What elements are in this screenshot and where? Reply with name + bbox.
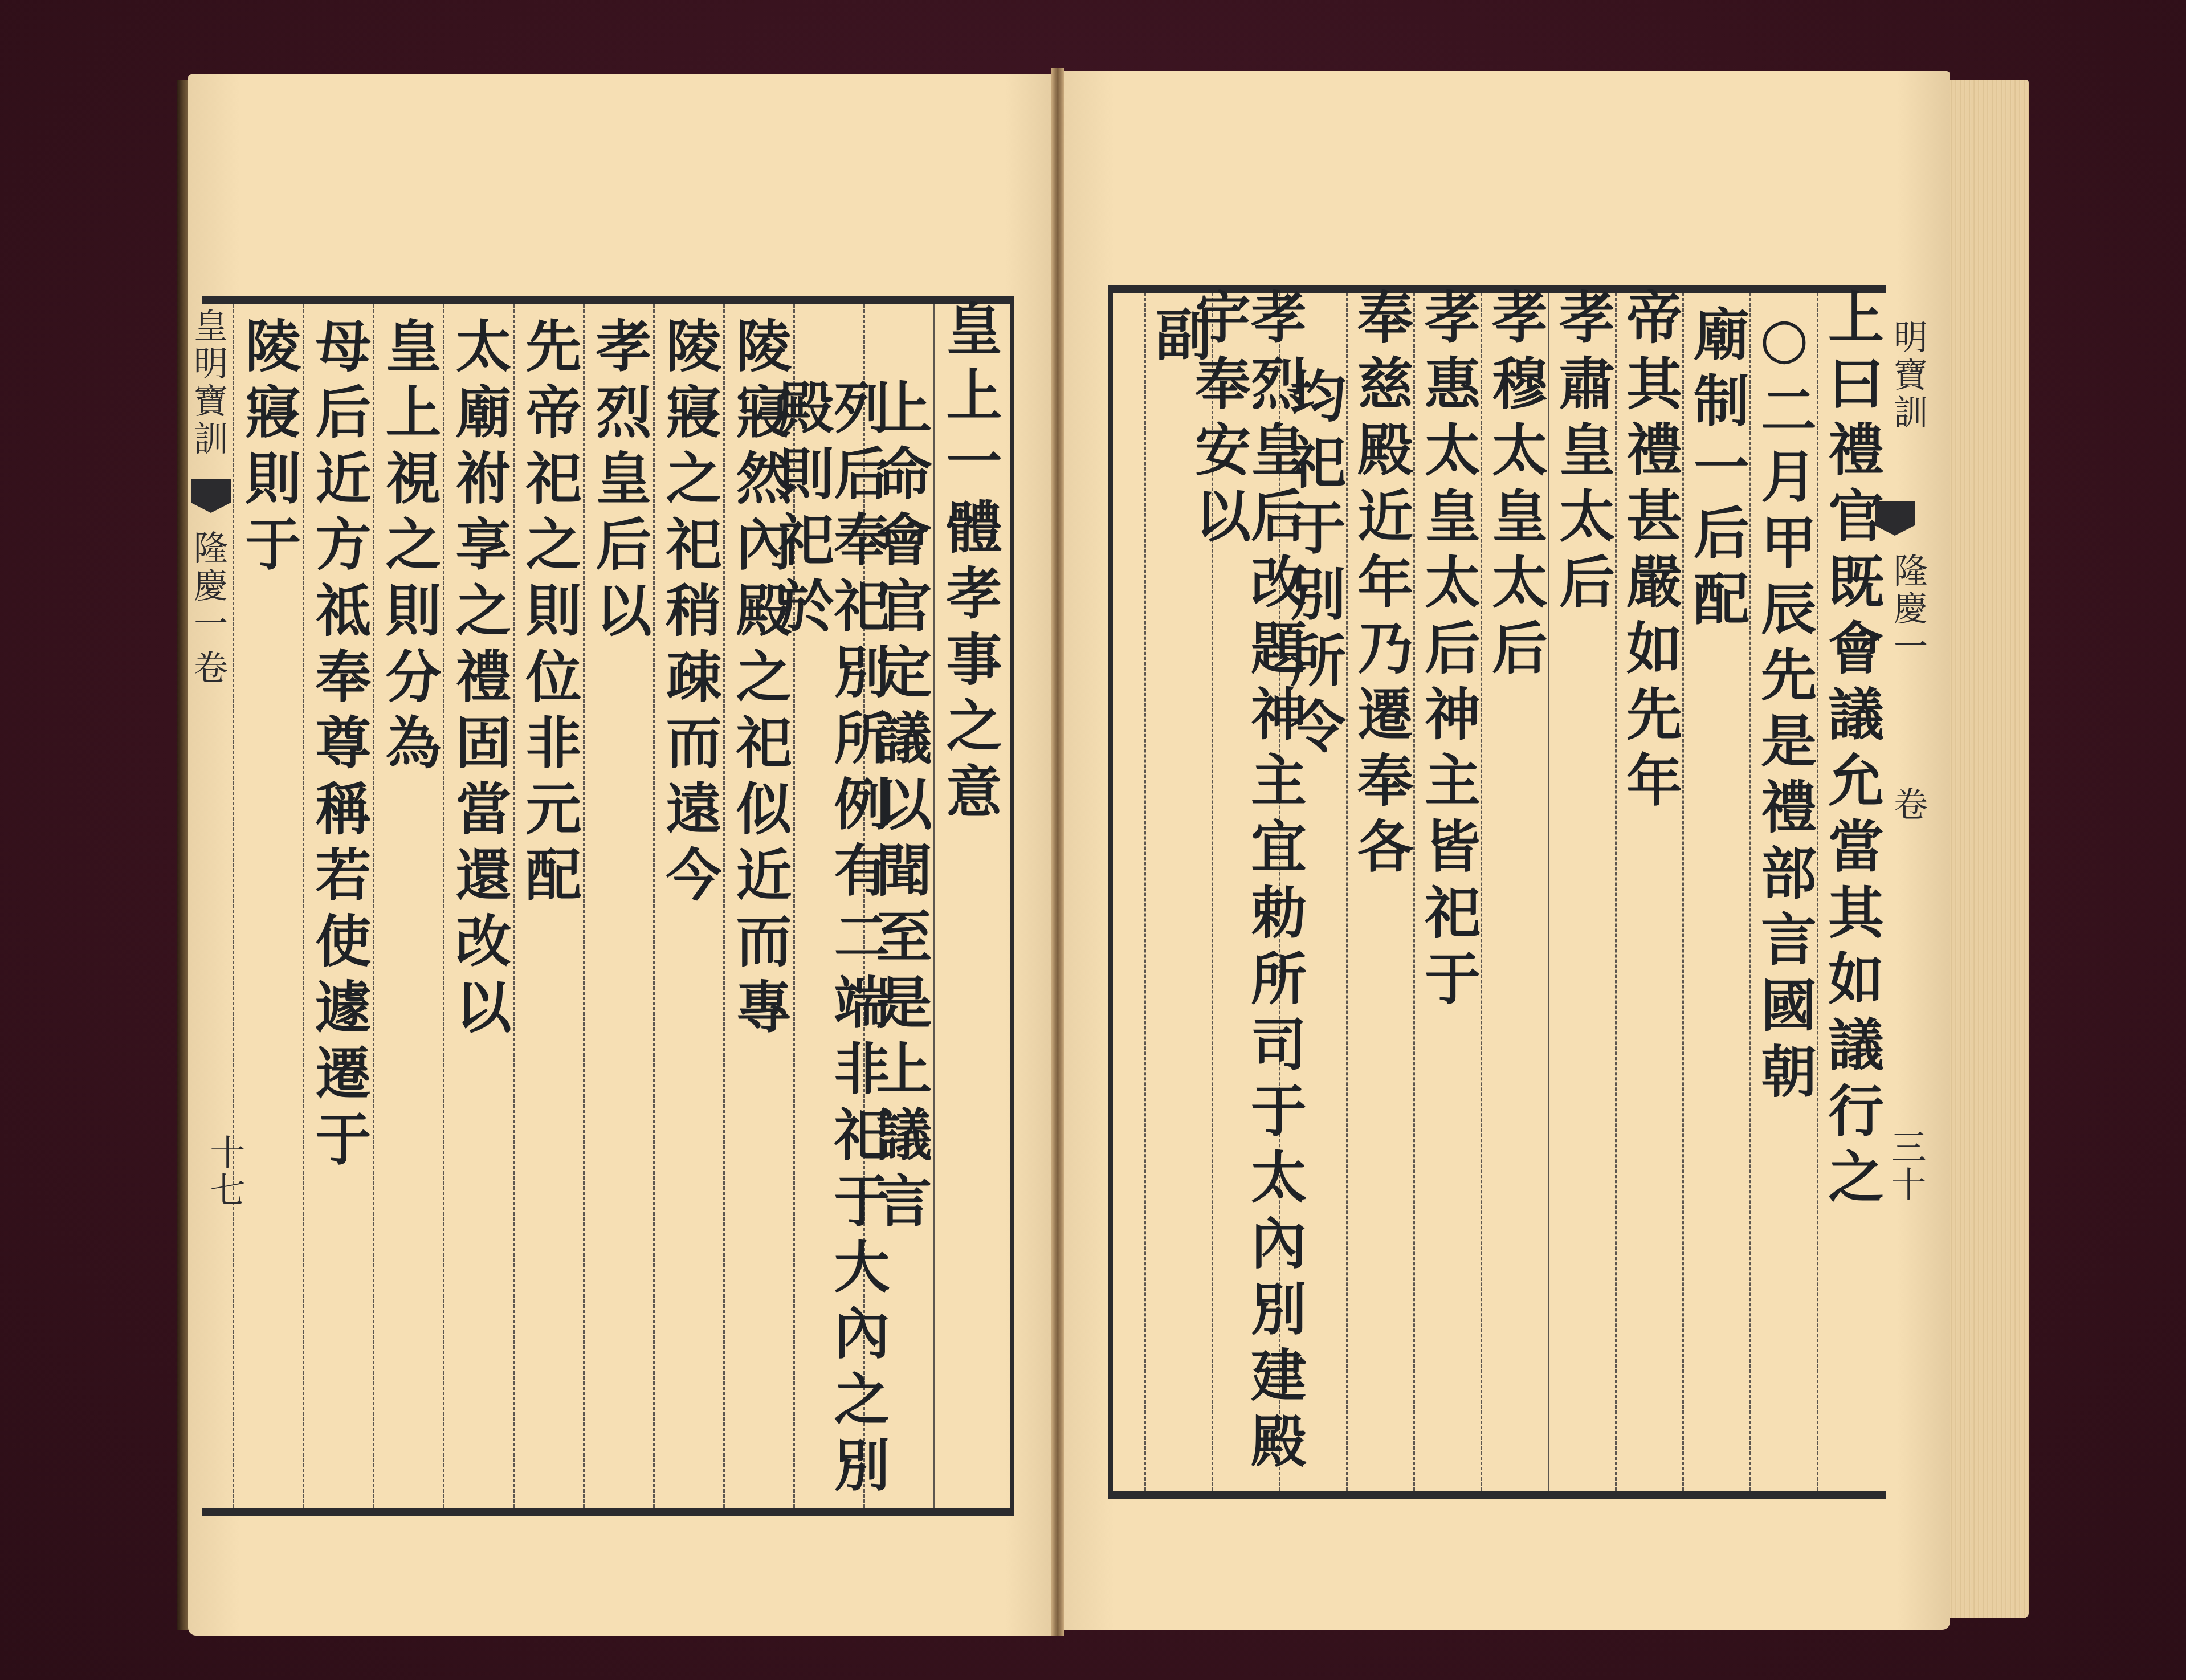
column-text: 孝惠太皇太后神主皆祀于 xyxy=(1420,288,1476,1491)
left-col-6: 孝烈皇后以 xyxy=(583,304,653,1508)
right-juan-label: 卷 xyxy=(1891,786,1925,824)
column-text: 廟制一后配 xyxy=(1689,293,1745,1491)
book-gutter xyxy=(1051,68,1064,1636)
column-text: 帝其禮甚嚴如先年 xyxy=(1622,288,1678,1491)
right-col-10: 孝烈皇后改題神主宜勅所司于太內別建殿宇奉安以 xyxy=(1212,293,1279,1491)
right-text-frame: 上曰禮官既會議允當其如議行之 ○二月甲辰先是禮部言國朝 廟制一后配 帝其禮甚嚴如… xyxy=(1108,285,1886,1499)
left-col-1: 皇上一體孝事之意 xyxy=(933,304,1004,1508)
left-col-10: 母后近方祗奉尊稱若使遽遷于 xyxy=(303,304,373,1508)
column-text: ○二月甲辰先是禮部言國朝 xyxy=(1756,293,1812,1491)
column-text: 太廟祔享之禮固當還改以 xyxy=(451,304,507,1508)
column-text: 孝穆太皇太后 xyxy=(1487,288,1543,1491)
column-text: 奉慈殿近年乃遷奉各 xyxy=(1353,288,1409,1491)
left-col-11: 陵寢則于 xyxy=(233,304,303,1508)
right-reign-label: 隆慶一 xyxy=(1891,553,1925,666)
right-col-11: 副 xyxy=(1144,293,1212,1491)
right-col-4: 帝其禮甚嚴如先年 xyxy=(1615,293,1682,1491)
column-text: 陵寢之祀稍疎而遠今 xyxy=(661,304,717,1508)
column-text: 陵寢然內殿之祀似近而專 xyxy=(731,304,787,1508)
left-col-5: 陵寢之祀稍疎而遠今 xyxy=(653,304,723,1508)
right-fishtail-group xyxy=(1875,490,1915,547)
column-text: 孝烈皇后以 xyxy=(591,304,647,1508)
left-col-4: 陵寢然內殿之祀似近而專 xyxy=(723,304,793,1508)
right-col-6: 孝穆太皇太后 xyxy=(1481,293,1548,1491)
left-col-8: 太廟祔享之禮固當還改以 xyxy=(443,304,513,1508)
column-text: 母后近方祗奉尊稱若使遽遷于 xyxy=(311,304,366,1508)
right-col-7: 孝惠太皇太后神主皆祀于 xyxy=(1413,293,1481,1491)
column-text: 先帝祀之則位非元配 xyxy=(521,304,577,1508)
left-col-7: 先帝祀之則位非元配 xyxy=(513,304,583,1508)
column-text: 孝肅皇太后 xyxy=(1555,288,1610,1491)
right-col-3: 廟制一后配 xyxy=(1682,293,1749,1491)
left-col-3: 列后奉祀別所例有二端非祀于大內之別殿則祀於 xyxy=(793,304,863,1508)
right-col-5: 孝肅皇太后 xyxy=(1548,293,1615,1491)
left-col-9: 皇上視之則分為 xyxy=(373,304,443,1508)
fishtail-icon xyxy=(1875,501,1915,536)
column-text: 副 xyxy=(1151,293,1207,1491)
column-text: 陵寢則于 xyxy=(240,304,296,1508)
column-text: 上曰禮官既會議允當其如議行之 xyxy=(1824,288,1879,1491)
left-text-frame: 皇上一體孝事之意 上命會官定議以聞至是上議言 列后奉祀別所例有二端非祀于大內之別… xyxy=(202,296,1014,1516)
column-text: 皇上一體孝事之意 xyxy=(941,300,997,1508)
right-page-number: 三十 xyxy=(1881,1128,1931,1204)
column-text: 皇上視之則分為 xyxy=(381,304,437,1508)
right-col-8: 奉慈殿近年乃遷奉各 xyxy=(1346,293,1413,1491)
right-col-2: ○二月甲辰先是禮部言國朝 xyxy=(1749,293,1817,1491)
right-margin-title: 明寶訓 xyxy=(1888,319,1928,432)
right-col-1: 上曰禮官既會議允當其如議行之 xyxy=(1817,293,1884,1491)
right-block-heart: 明寶訓 xyxy=(1891,319,1925,432)
